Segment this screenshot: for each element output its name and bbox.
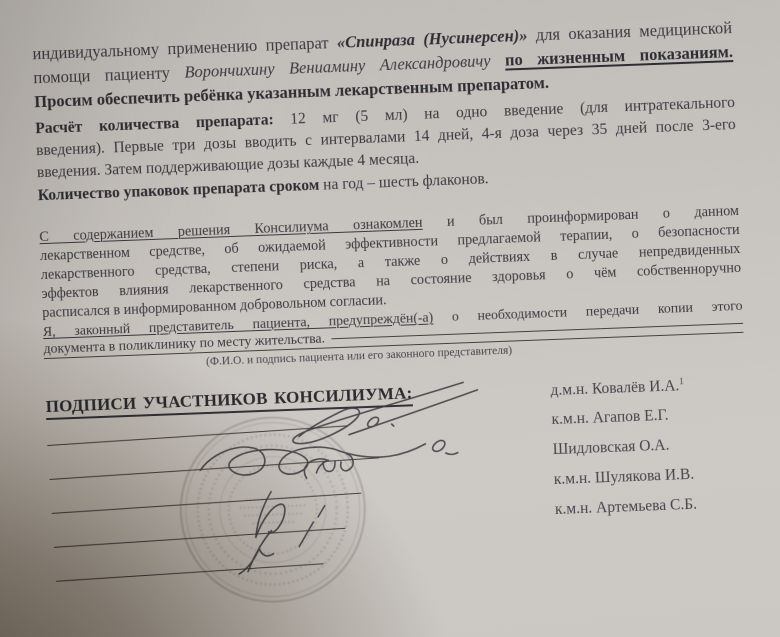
consilium-signatures-section: ПОДПИСИ УЧАСТНИКОВ КОНСИЛИУМА:	[45, 370, 753, 631]
photographed-document: индивидуальному применению препарат «Спи…	[0, 0, 780, 637]
text: помощи пациенту	[33, 63, 185, 88]
spacer	[490, 51, 505, 71]
text: д.м.н. Ковалёв И.А.	[550, 377, 679, 399]
footnote-marker: 1	[679, 376, 684, 386]
signer-names: д.м.н. Ковалёв И.А.1 к.м.н. Агапов Е.Г. …	[550, 374, 750, 531]
document-text-block: индивидуальному применению препарат «Спи…	[31, 0, 754, 631]
text: на год – шесть флаконов.	[319, 170, 489, 193]
